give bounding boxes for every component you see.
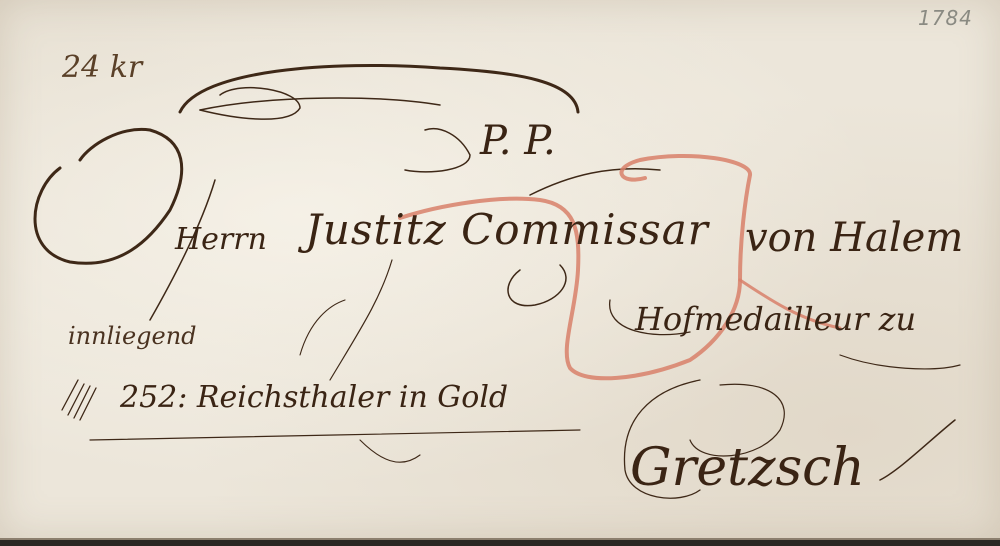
contents-declaration: 252: Reichsthaler in Gold bbox=[120, 380, 508, 415]
address-title: Justitz Commissar bbox=[305, 205, 709, 254]
address-place: Gretzsch bbox=[630, 438, 865, 498]
pencil-date: 1784 bbox=[918, 6, 973, 30]
address-office: Hofmedailleur zu bbox=[635, 300, 916, 338]
address-prefix: P. P. bbox=[480, 118, 556, 164]
postage-rate-mark: 24 kr bbox=[62, 50, 142, 85]
address-name: von Halem bbox=[745, 215, 963, 261]
address-salutation: Herrn bbox=[175, 222, 267, 257]
enclosure-note: innliegend bbox=[68, 322, 197, 350]
letter-cover: 1784 24 kr P. P. Herrn Justitz Commissar… bbox=[0, 0, 1000, 540]
